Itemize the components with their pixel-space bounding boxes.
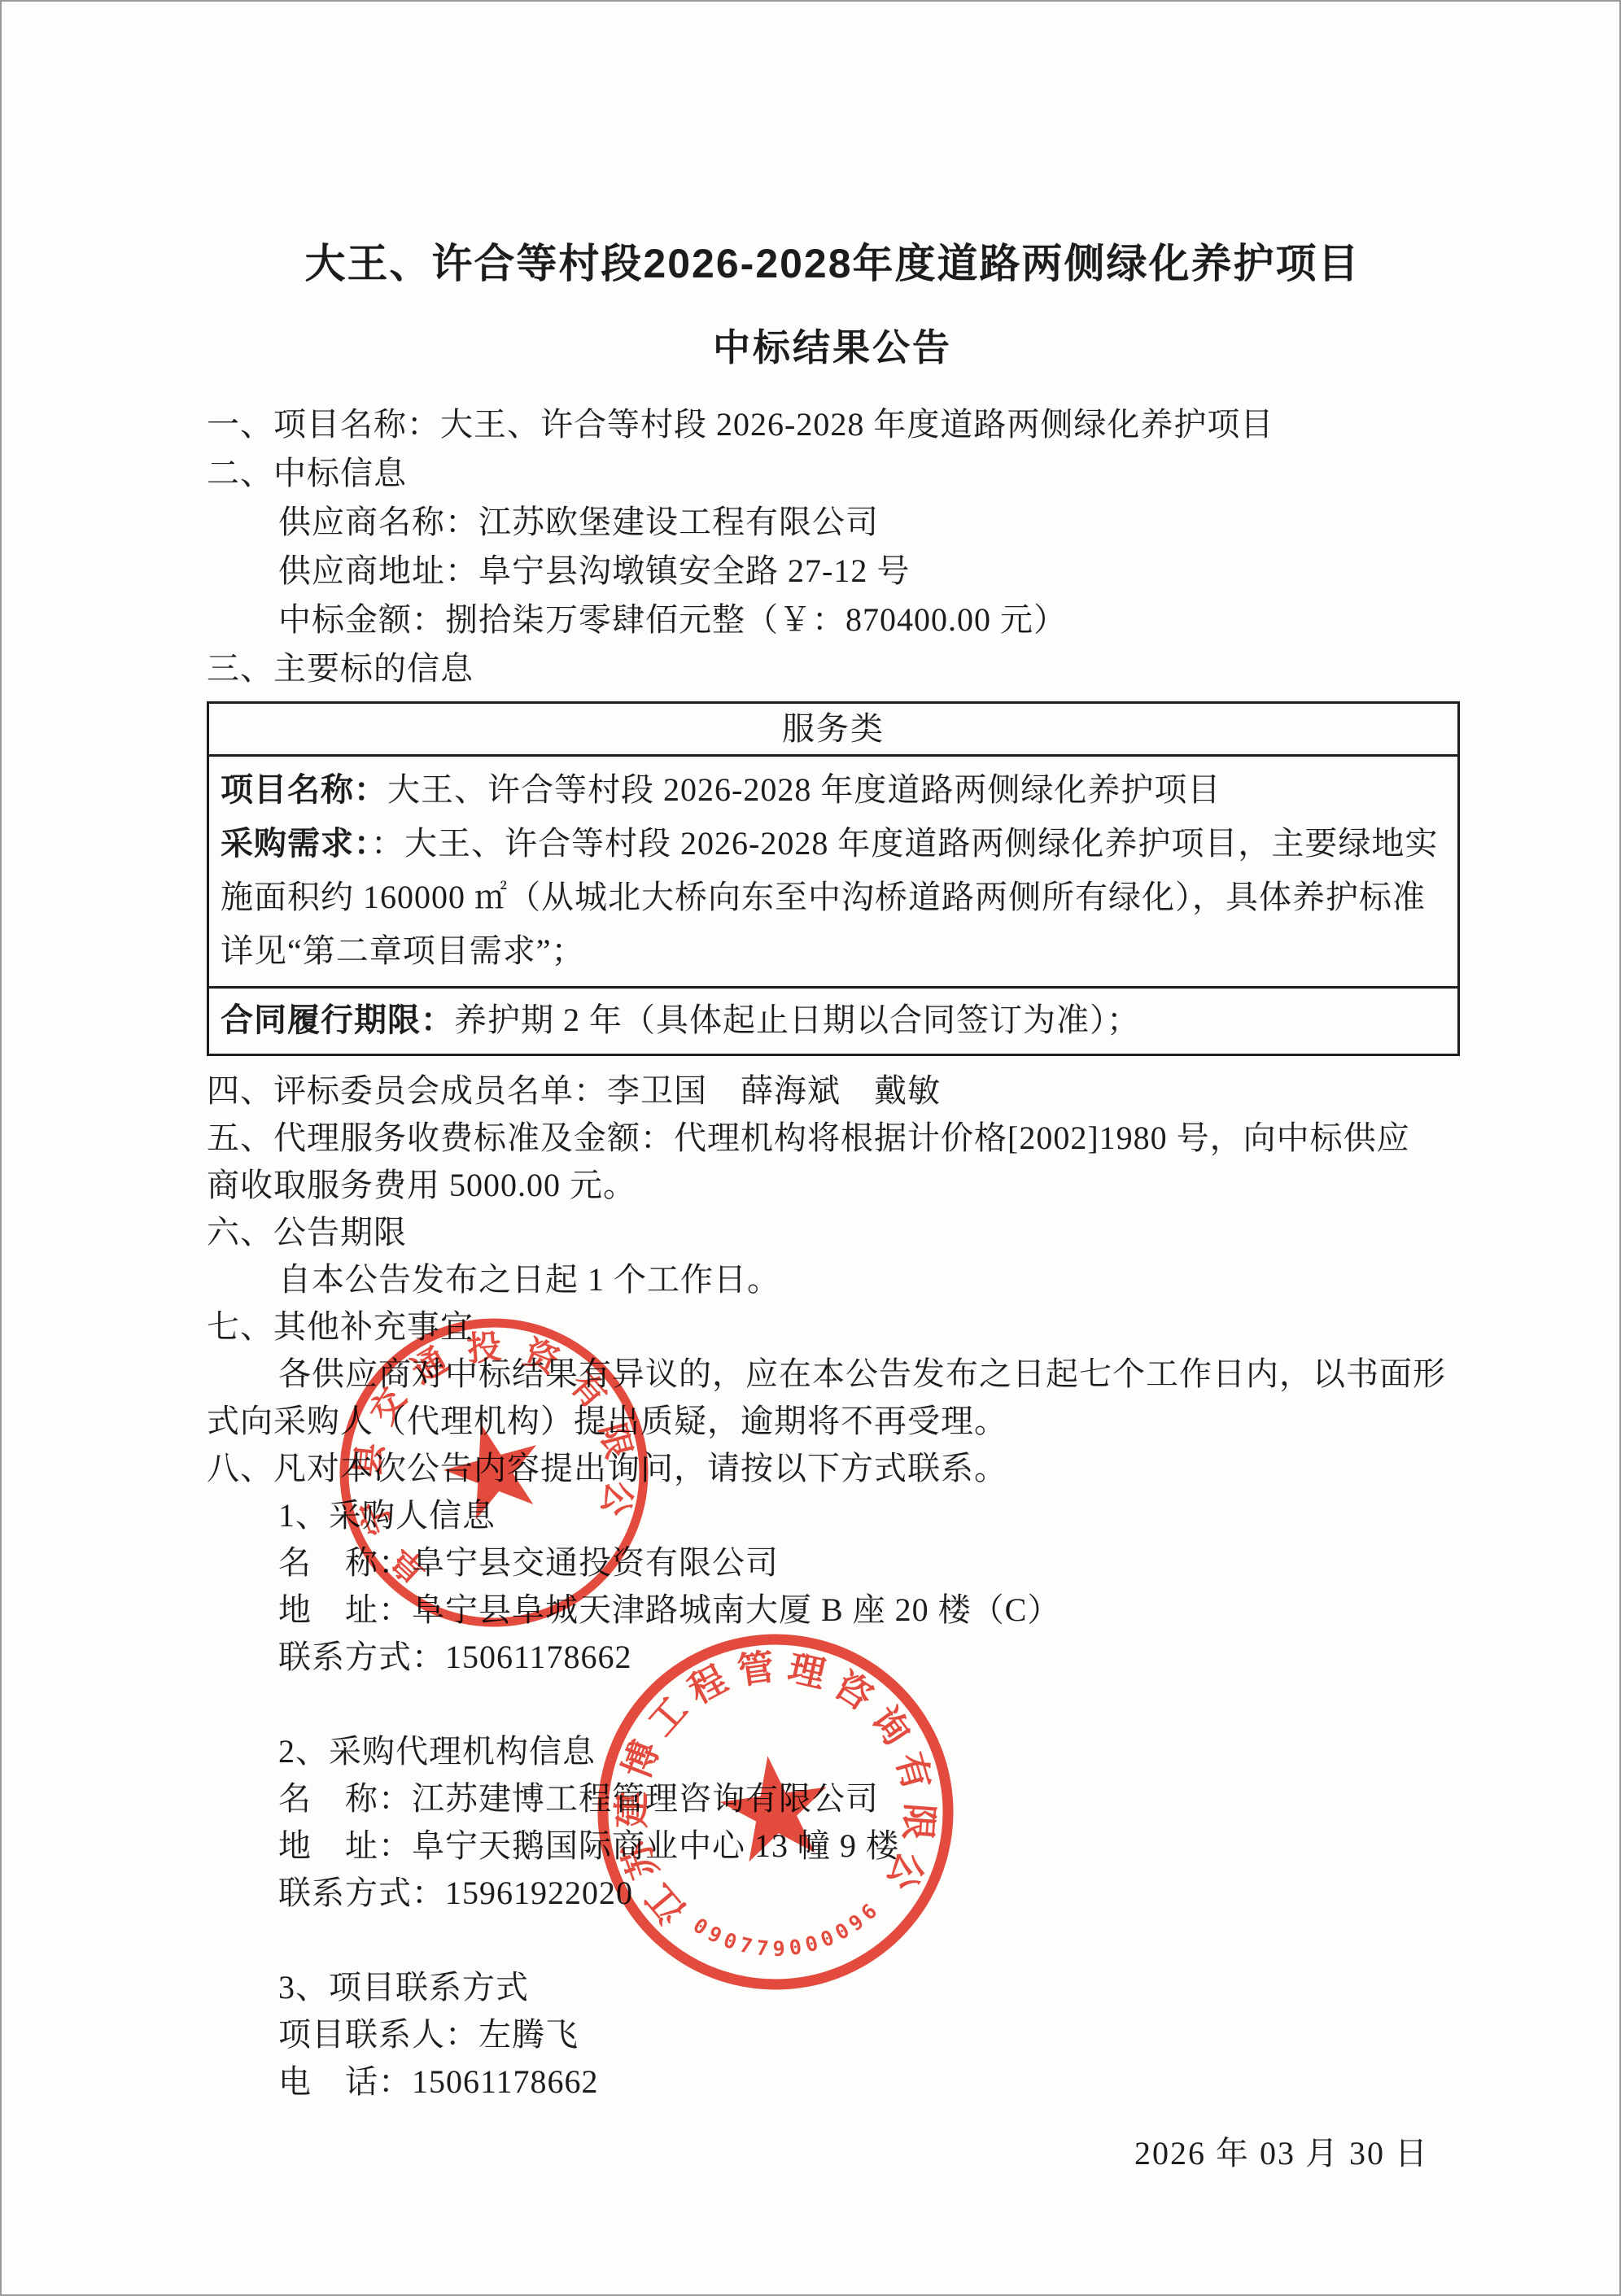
table-row-project-name: 项目名称：大王、许合等村段 2026-2028 年度道路两侧绿化养护项目 bbox=[221, 763, 1444, 817]
pre-table-lines: 一、项目名称：大王、许合等村段 2026-2028 年度道路两侧绿化养护项目二、… bbox=[207, 400, 1458, 693]
star-icon bbox=[435, 1412, 551, 1525]
table-contract-cell: 合同履行期限：养护期 2 年（具体起止日期以合同签订为准）； bbox=[209, 986, 1457, 1054]
row-value: 大王、许合等村段 2026-2028 年度道路两侧绿化养护项目 bbox=[387, 771, 1221, 808]
body-line: 项目联系人：左腾飞 bbox=[207, 2011, 1458, 2058]
purchaser-seal-stamp: 阜宁县交通投资有限公司 bbox=[331, 1310, 657, 1635]
star-icon bbox=[714, 1748, 835, 1865]
table-header: 服务类 bbox=[209, 704, 1457, 757]
table-main-cell: 项目名称：大王、许合等村段 2026-2028 年度道路两侧绿化养护项目 采购需… bbox=[209, 757, 1457, 986]
body-line: 中标金额：捌拾柒万零肆佰元整（￥：870400.00 元） bbox=[207, 596, 1458, 644]
row-value: 养护期 2 年（具体起止日期以合同签订为准）； bbox=[454, 1002, 1140, 1038]
body-line: 三、主要标的信息 bbox=[207, 644, 1458, 693]
body-line: 供应商名称：江苏欧堡建设工程有限公司 bbox=[207, 498, 1458, 547]
page-subtitle: 中标结果公告 bbox=[207, 325, 1458, 369]
body-line: 五、代理服务收费标准及金额：代理机构将根据计价格[2002]1980 号，向中标… bbox=[207, 1115, 1458, 1162]
table-row-procurement-demand: 采购需求：：大王、许合等村段 2026-2028 年度道路两侧绿化养护项目，主要… bbox=[221, 817, 1444, 978]
page-title: 大王、许合等村段2026-2028年度道路两侧绿化养护项目 bbox=[207, 239, 1458, 288]
body-line: 供应商地址：阜宁县沟墩镇安全路 27-12 号 bbox=[207, 547, 1458, 596]
row-label: 合同履行期限： bbox=[221, 1002, 454, 1038]
body-line: 自本公告发布之日起 1 个工作日。 bbox=[207, 1256, 1458, 1303]
body-line: 二、中标信息 bbox=[207, 449, 1458, 498]
row-label: 项目名称： bbox=[221, 772, 387, 808]
body-line: 四、评标委员会成员名单：李卫国 薛海斌 戴敏 bbox=[207, 1067, 1458, 1115]
body-line: 六、公告期限 bbox=[207, 1209, 1458, 1256]
row-label: 采购需求： bbox=[221, 826, 371, 862]
agency-seal-stamp: 江苏建博工程管理咨询有限公司 090779000096 bbox=[586, 1622, 965, 2001]
body-line: 一、项目名称：大王、许合等村段 2026-2028 年度道路两侧绿化养护项目 bbox=[207, 400, 1458, 449]
scanned-announcement-page: 大王、许合等村段2026-2028年度道路两侧绿化养护项目 中标结果公告 一、项… bbox=[0, 0, 1621, 2296]
row-value: ：大王、许合等村段 2026-2028 年度道路两侧绿化养护项目，主要绿地实施面… bbox=[221, 825, 1438, 969]
body-line: 电 话：15061178662 bbox=[207, 2058, 1458, 2106]
table-row-contract-period: 合同履行期限：养护期 2 年（具体起止日期以合同签订为准）； bbox=[221, 993, 1444, 1047]
body-line: 商收取服务费用 5000.00 元。 bbox=[207, 1162, 1458, 1209]
issue-date: 2026 年 03 月 30 日 bbox=[207, 2130, 1429, 2177]
service-table: 服务类 项目名称：大王、许合等村段 2026-2028 年度道路两侧绿化养护项目… bbox=[207, 701, 1460, 1056]
